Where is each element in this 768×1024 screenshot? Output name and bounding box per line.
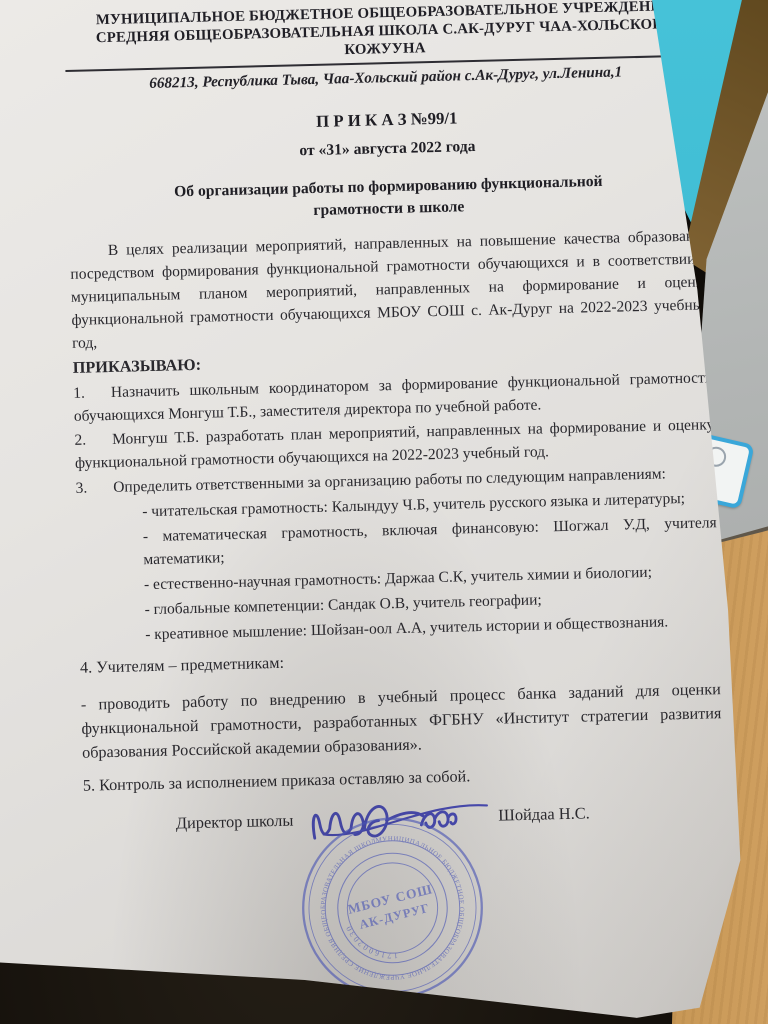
item-1-number: 1.: [73, 384, 85, 401]
signature-name: Шойдаа Н.С.: [498, 801, 590, 828]
order-item-4-title: 4. Учителям – предметникам:: [80, 641, 720, 681]
preamble-paragraph: В целях реализации мероприятий, направле…: [70, 225, 713, 355]
item-2-number: 2.: [74, 432, 86, 449]
document-content: МУНИЦИПАЛЬНОЕ БЮДЖЕТНОЕ ОБЩЕОБРАЗОВАТЕЛЬ…: [64, 0, 724, 857]
order-item-4-body: - проводить работу по внедрению в учебны…: [81, 677, 723, 766]
document-paper: МУНИЦИПАЛЬНОЕ БЮДЖЕТНОЕ ОБЩЕОБРАЗОВАТЕЛЬ…: [0, 0, 768, 1024]
official-round-stamp: МУНИЦИПАЛЬНОЕ БЮДЖЕТНОЕ ОБЩЕОБРАЗОВАТЕЛЬ…: [285, 812, 500, 1004]
item-3-number: 3.: [75, 480, 87, 497]
photo-scene: 5 МУНИЦИПАЛЬНОЕ БЮДЖЕТНОЕ ОБЩЕОБРАЗОВАТЕ…: [0, 0, 768, 1024]
signature-role-label: Директор школы: [176, 808, 294, 835]
org-address: 668213, Республика Тыва, Чаа-Хольский ра…: [66, 59, 706, 97]
